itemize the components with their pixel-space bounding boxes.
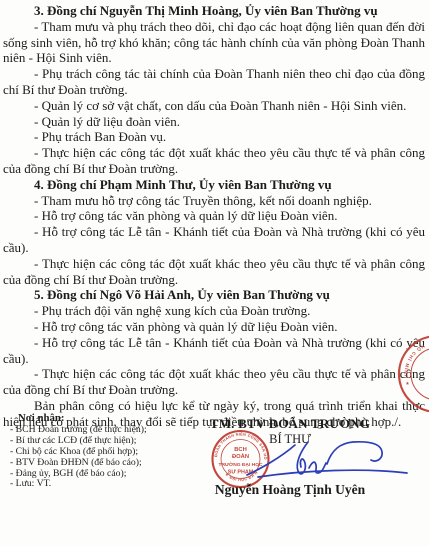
assignment-item: - Tham mưu và phụ trách theo dõi, chỉ đạ… bbox=[3, 19, 425, 66]
recipients-block: Nơi nhận: - BCH Đoàn trường (để thực hiệ… bbox=[10, 413, 147, 490]
signature-stroke bbox=[247, 445, 295, 475]
recipients-label: Nơi nhận: bbox=[18, 413, 147, 424]
edge-stamp-clip: HỒ CHÍ MINH ★ bbox=[396, 332, 429, 416]
document-body: 3. Đồng chí Nguyễn Thị Minh Hoàng, Ủy vi… bbox=[3, 3, 425, 430]
signature-stroke bbox=[327, 442, 382, 464]
assignment-item: - Thực hiện các công tác đột xuất khác t… bbox=[3, 256, 425, 288]
assignment-item: - Phụ trách đội văn nghệ xung kích của Đ… bbox=[3, 303, 425, 319]
assignment-item: - Hỗ trợ công tác văn phòng và quản lý d… bbox=[3, 208, 425, 224]
signature-stroke bbox=[258, 470, 407, 477]
recipient-item: - Lưu: VT. bbox=[10, 479, 147, 490]
assignment-item: - Phụ trách Ban Đoàn vụ. bbox=[3, 129, 425, 145]
assignment-item: - Hỗ trợ công tác Lễ tân - Khánh tiết củ… bbox=[3, 335, 425, 367]
section-4-heading: 4. Đồng chí Phạm Minh Thư, Ủy viên Ban T… bbox=[3, 177, 425, 193]
assignment-item: - Quản lý dữ liệu đoàn viên. bbox=[3, 114, 425, 130]
assignment-item: - Thực hiện các công tác đột xuất khác t… bbox=[3, 145, 425, 177]
assignment-item: - Hỗ trợ công tác Lễ tân - Khánh tiết củ… bbox=[3, 224, 425, 256]
assignment-item: - Thực hiện các công tác đột xuất khác t… bbox=[3, 366, 425, 398]
signature-scribble bbox=[235, 423, 415, 495]
document-page: 3. Đồng chí Nguyễn Thị Minh Hoàng, Ủy vi… bbox=[0, 0, 429, 546]
signature-stroke bbox=[297, 442, 308, 474]
assignment-item: - Tham mưu hỗ trợ công tác Truyền thông,… bbox=[3, 193, 425, 209]
assignment-item: - Hỗ trợ công tác văn phòng và quản lý d… bbox=[3, 319, 425, 335]
section-3-heading: 3. Đồng chí Nguyễn Thị Minh Hoàng, Ủy vi… bbox=[3, 3, 425, 19]
assignment-item: - Quản lý cơ sở vật chất, con dấu của Đo… bbox=[3, 98, 425, 114]
assignment-item: - Phụ trách công tác tài chính của Đoàn … bbox=[3, 66, 425, 98]
section-5-heading: 5. Đồng chí Ngô Võ Hải Anh, Ủy viên Ban … bbox=[3, 287, 425, 303]
recipient-item: - Chi bộ các Khoa (để phối hợp); bbox=[10, 447, 147, 458]
recipient-item: - BTV Đoàn ĐHĐN (để báo cáo); bbox=[10, 458, 147, 469]
